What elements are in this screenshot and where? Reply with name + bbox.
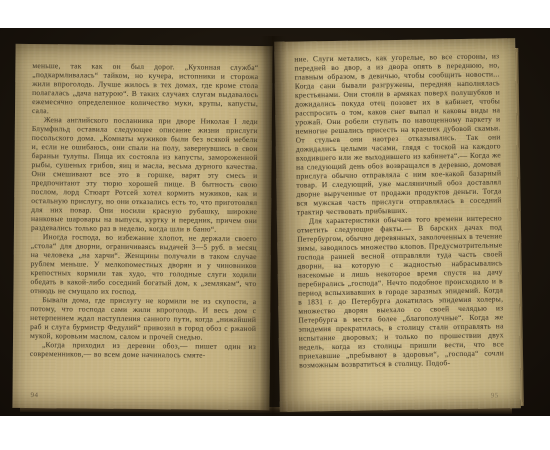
paragraph: Для характеристики обычаев того времени … — [297, 213, 504, 369]
right-page-content: ние. Слуги метались, как угорелые, во вс… — [274, 38, 521, 412]
left-page: меньше, так как он был дорог. „Кухонная … — [12, 44, 272, 410]
book-photo: меньше, так как он был дорог. „Кухонная … — [0, 0, 550, 450]
paragraph: Иногда господа, во избежание хлопот, не … — [30, 232, 257, 297]
paragraph: „Когда приходил из деревни обоз,— пишет … — [30, 340, 256, 360]
left-page-number: 94 — [30, 391, 38, 399]
paragraph: меньше, так как он был дорог. „Кухонная … — [32, 61, 258, 117]
paragraph: Жена английского посланника при дворе Ни… — [31, 115, 258, 234]
right-page: ние. Слуги метались, как угорелые, во вс… — [274, 38, 521, 412]
right-page-text: ние. Слуги метались, как угорелые, во вс… — [294, 51, 504, 369]
left-page-text: меньше, так как он был дорог. „Кухонная … — [30, 61, 259, 360]
right-page-number: 95 — [491, 391, 499, 399]
paragraph: ние. Слуги метались, как угорелые, во вс… — [294, 51, 502, 216]
paragraph: Бывали дома, где прислугу не кормили не … — [30, 295, 256, 342]
left-page-content: меньше, так как он был дорог. „Кухонная … — [12, 44, 272, 410]
